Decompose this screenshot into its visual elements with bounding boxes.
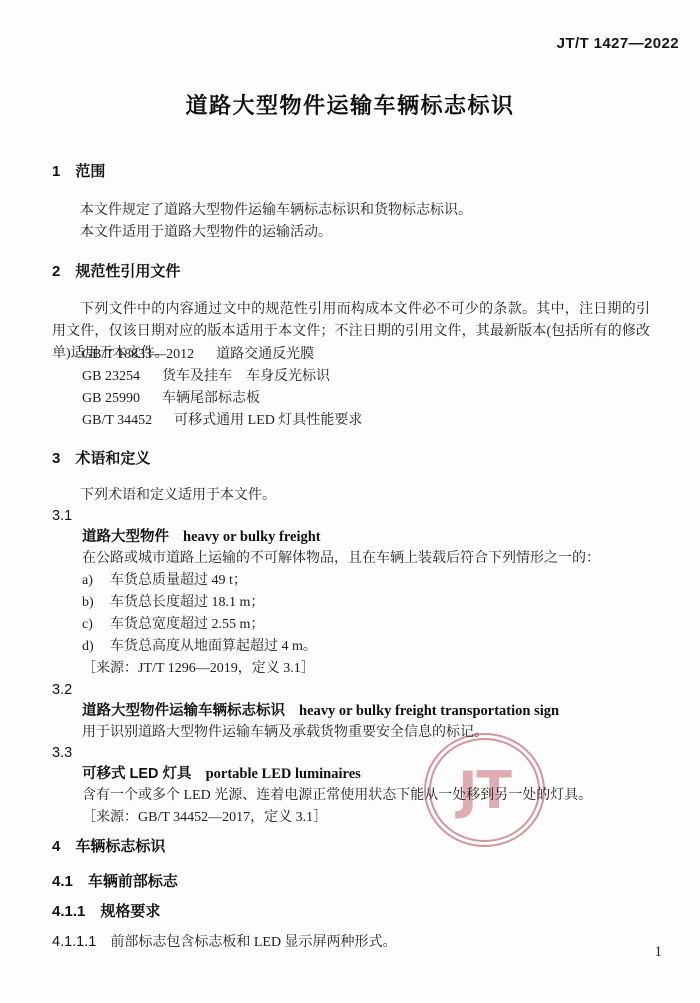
reference-code: GB/T 18833—2012 xyxy=(82,347,194,362)
page-number: 1 xyxy=(655,941,663,963)
term-3-3-title: 可移式 LED 灯具portable LED luminaires xyxy=(52,763,650,786)
clause-4-1-1-1-number: 4.1.1.1 xyxy=(52,934,96,950)
list-text: 车货总长度超过 18.1 m； xyxy=(110,592,264,614)
section-1-title: 范围 xyxy=(75,163,105,180)
section-2-number: 2 xyxy=(52,263,60,280)
list-item-b: b)车货总长度超过 18.1 m； xyxy=(82,592,650,614)
reference-item: GB/T 34452可移式通用 LED 灯具性能要求 xyxy=(82,410,650,432)
scope-paragraph: 本文件规定了道路大型物件运输车辆标志标识和货物标志标识。 本文件适用于道路大型物… xyxy=(52,200,650,244)
clause-4-1-1-1-text: 前部标志包含标志板和 LED 显示屏两种形式。 xyxy=(110,935,396,950)
reference-code: GB 23254 xyxy=(82,369,140,384)
list-item-c: c)车货总宽度超过 2.55 m； xyxy=(82,614,650,636)
term-3-3-en: portable LED luminaires xyxy=(206,766,361,782)
list-text: 车货总高度从地面算起超过 4 m。 xyxy=(110,636,317,658)
document-page: JT JT/T 1427—2022 道路大型物件运输车辆标志标识 1范围 本文件… xyxy=(0,0,700,1003)
section-3-number: 3 xyxy=(52,450,60,467)
list-label: b) xyxy=(82,592,110,614)
term-3-3-number: 3.3 xyxy=(52,742,650,764)
term-3-3-zh: 可移式 LED 灯具 xyxy=(82,766,192,782)
term-3-1-source: ［来源：JT/T 1296—2019，定义 3.1］ xyxy=(52,658,650,680)
normative-refs-list: GB/T 18833—2012道路交通反光膜 GB 23254货车及挂车 车身反… xyxy=(52,344,650,432)
list-item-d: d)车货总高度从地面算起超过 4 m。 xyxy=(82,636,650,658)
section-4-heading: 4车辆标志标识 xyxy=(52,836,650,858)
term-3-3-definition: 含有一个或多个 LED 光源、连着电源正常使用状态下能从一处移到另一处的灯具。 xyxy=(52,785,650,807)
section-2-heading: 2规范性引用文件 xyxy=(52,261,650,283)
term-3-2-number: 3.2 xyxy=(52,679,650,701)
reference-item: GB 23254货车及挂车 车身反光标识 xyxy=(82,366,650,388)
reference-title: 可移式通用 LED 灯具性能要求 xyxy=(174,413,362,428)
term-3-2-en: heavy or bulky freight transportation si… xyxy=(299,703,559,719)
term-3-1-definition: 在公路或城市道路上运输的不可解体物品，且在车辆上装载后符合下列情形之一的： xyxy=(52,548,650,570)
term-3-1-en: heavy or bulky freight xyxy=(183,529,321,545)
list-text: 车货总质量超过 49 t； xyxy=(110,570,247,592)
section-4-1-1-number: 4.1.1 xyxy=(52,903,85,920)
scope-line-1: 本文件规定了道路大型物件运输车辆标志标识和货物标志标识。 xyxy=(52,200,650,222)
term-3-1-list: a)车货总质量超过 49 t； b)车货总长度超过 18.1 m； c)车货总宽… xyxy=(52,570,650,658)
section-2-title: 规范性引用文件 xyxy=(75,263,180,280)
reference-code: GB/T 34452 xyxy=(82,413,152,428)
list-label: a) xyxy=(82,570,110,592)
term-3-1-zh: 道路大型物件 xyxy=(82,529,169,545)
reference-title: 货车及挂车 车身反光标识 xyxy=(162,369,330,384)
terms-intro: 下列术语和定义适用于本文件。 xyxy=(52,485,650,507)
term-3-3-source: ［来源：GB/T 34452—2017，定义 3.1］ xyxy=(52,807,650,829)
reference-item: GB 25990车辆尾部标志板 xyxy=(82,388,650,410)
term-3-2-title: 道路大型物件运输车辆标志标识heavy or bulky freight tra… xyxy=(52,700,650,723)
document-title: 道路大型物件运输车辆标志标识 xyxy=(0,95,700,117)
section-4-1-1-title: 规格要求 xyxy=(100,903,160,920)
section-4-1-1-heading: 4.1.1规格要求 xyxy=(52,901,650,923)
section-1-heading: 1范围 xyxy=(52,161,650,183)
list-text: 车货总宽度超过 2.55 m； xyxy=(110,614,264,636)
reference-item: GB/T 18833—2012道路交通反光膜 xyxy=(82,344,650,366)
term-3-2-zh: 道路大型物件运输车辆标志标识 xyxy=(82,703,285,719)
section-4-1-title: 车辆前部标志 xyxy=(88,873,178,890)
section-4-1-heading: 4.1车辆前部标志 xyxy=(52,871,650,893)
section-4-title: 车辆标志标识 xyxy=(75,838,165,855)
clause-4-1-1-1: 4.1.1.1前部标志包含标志板和 LED 显示屏两种形式。 xyxy=(52,931,650,954)
section-3-title: 术语和定义 xyxy=(75,450,150,467)
term-3-1-number: 3.1 xyxy=(52,505,650,527)
standard-number: JT/T 1427—2022 xyxy=(557,33,679,55)
scope-line-2: 本文件适用于道路大型物件的运输活动。 xyxy=(52,222,650,244)
list-label: c) xyxy=(82,614,110,636)
term-3-2-definition: 用于识别道路大型物件运输车辆及承载货物重要安全信息的标记。 xyxy=(52,722,650,744)
list-item-a: a)车货总质量超过 49 t； xyxy=(82,570,650,592)
section-1-number: 1 xyxy=(52,163,60,180)
section-3-heading: 3术语和定义 xyxy=(52,448,650,470)
reference-code: GB 25990 xyxy=(82,391,140,406)
reference-title: 车辆尾部标志板 xyxy=(162,391,260,406)
section-4-1-number: 4.1 xyxy=(52,873,73,890)
term-3-1-title: 道路大型物件heavy or bulky freight xyxy=(52,526,650,549)
reference-title: 道路交通反光膜 xyxy=(216,347,314,362)
list-label: d) xyxy=(82,636,110,658)
section-4-number: 4 xyxy=(52,838,60,855)
